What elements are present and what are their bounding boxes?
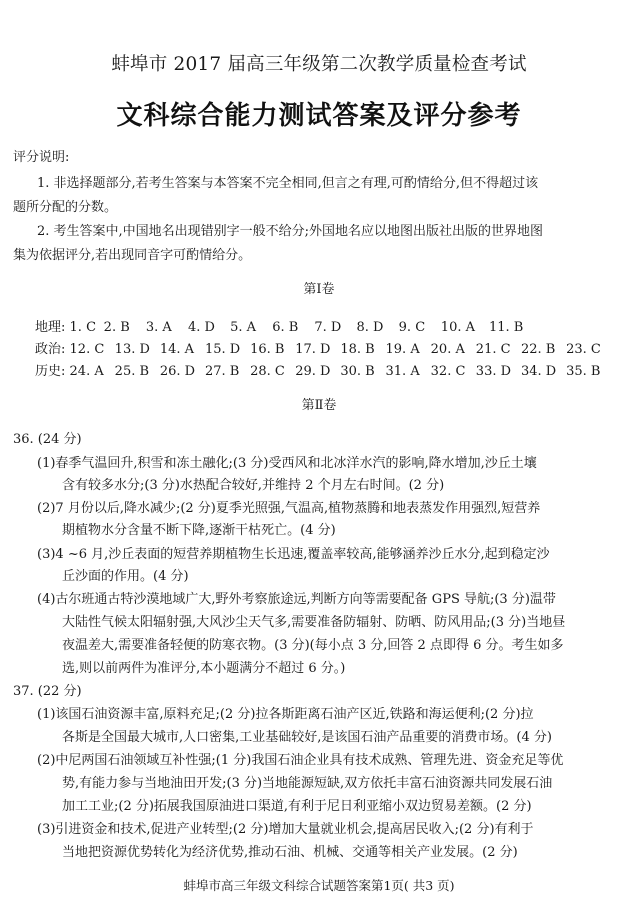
answer-item: 10. A [441, 320, 485, 335]
answer-item: 19. A [386, 342, 427, 357]
answer-line: (2)7 月份以后,降水减少;(2 分)夏季光照强,气温高,植物蒸腾和地表蒸发作… [37, 499, 540, 519]
answer-item: 26. D [160, 364, 201, 379]
part2-heading: 第Ⅱ卷 [0, 396, 638, 416]
answer-item: 15. D [205, 342, 246, 357]
subject-label-politics: 政治: [35, 338, 65, 357]
answer-item: 33. D [476, 364, 517, 379]
subject-label-history: 历史: [35, 360, 65, 379]
answer-line: 选,则以前两件为准评分,本小题满分不超过 6 分。) [62, 659, 345, 679]
answer-item: 7. D [314, 320, 352, 335]
answer-item: 12. C [70, 342, 111, 357]
answer-key-page: 蚌埠市 2017 届高三年级第二次教学质量检查考试 文科综合能力测试答案及评分参… [0, 0, 638, 916]
answer-line: 夜温差大,需要准备轻便的防寒衣物。(3 分)(每小点 3 分,回答 2 点即得 … [62, 636, 564, 656]
answer-item: 34. D [521, 364, 562, 379]
answer-line: (1)该国石油资源丰富,原料充足;(2 分)拉各斯距离石油产区近,铁路和海运便利… [37, 705, 534, 725]
answer-line: (4)古尔班通古特沙漠地域广大,野外考察旅途远,判断方向等需要配备 GPS 导航… [37, 590, 556, 610]
answer-line: (3)4 ~6 月,沙丘表面的短营养期植物生长迅速,覆盖率较高,能够涵养沙丘水分… [37, 545, 550, 565]
answer-line: 期植物水分含量不断下降,逐渐干枯死亡。(4 分) [62, 521, 336, 541]
answer-item: 1. C [70, 320, 100, 335]
answer-item: 8. D [357, 320, 395, 335]
answer-item: 21. C [476, 342, 517, 357]
page-footer: 蚌埠市高三年级文科综合试题答案第1页( 共3 页) [0, 876, 638, 894]
answer-item: 35. B [566, 364, 600, 379]
answer-item: 22. B [521, 342, 562, 357]
part1-heading: 第Ⅰ卷 [0, 280, 638, 300]
answer-item: 6. B [272, 320, 310, 335]
answer-item: 5. A [230, 320, 268, 335]
answer-item: 24. A [70, 364, 111, 379]
answer-row-geography: 地理: 1. C 2. B 3. A 4. D 5. A 6. B 7. D 8… [35, 316, 533, 335]
answer-row-politics: 政治: 12. C 13. D 14. A 15. D 16. B 17. D … [35, 338, 601, 357]
answer-item: 32. C [431, 364, 472, 379]
grading-note-1-line-1: 1. 非选择题部分,若考生答案与本答案不完全相同,但言之有理,可酌情给分,但不得… [37, 174, 538, 194]
question-37-header: 37. (22 分) [13, 682, 82, 702]
answer-line: 当地把资源优势转化为经济优势,推动石油、机械、交通等相关产业发展。(2 分) [62, 843, 518, 863]
answer-item: 17. D [295, 342, 336, 357]
answer-item: 18. B [340, 342, 381, 357]
grading-note-2-line-2: 集为依据评分,若出现同音字可酌情给分。 [13, 246, 251, 266]
answer-line: 含有较多水分;(3 分)水热配合较好,并维持 2 个月左右时间。(2 分) [62, 476, 444, 496]
answer-item: 3. A [146, 320, 184, 335]
answer-item: 11. B [489, 320, 533, 335]
answer-item: 27. B [205, 364, 246, 379]
answer-line: 势,有能力参与当地油田开发;(3 分)当地能源短缺,双方依托丰富石油资源共同发展… [62, 774, 552, 794]
answer-line: 大陆性气候太阳辐射强,大风沙尘天气多,需要准备防辐射、防晒、防风用品;(3 分)… [62, 613, 565, 633]
grading-note-2-line-1: 2. 考生答案中,中国地名出现错别字一般不给分;外国地名应以地图出版社出版的世界… [37, 222, 543, 242]
answer-item: 9. C [399, 320, 437, 335]
answer-item: 2. B [104, 320, 142, 335]
answer-line: 各斯是全国最大城市,人口密集,工业基础较好,是该国石油产品重要的消费市场。(4 … [62, 728, 552, 748]
subject-label-geography: 地理: [35, 316, 65, 335]
grading-notes-heading: 评分说明: [13, 148, 69, 168]
answer-item: 23. C [566, 342, 601, 357]
document-subtitle: 文科综合能力测试答案及评分参考 [0, 95, 638, 132]
answer-line: (1)春季气温回升,积雪和冻土融化;(3 分)受西风和北冰洋水汽的影响,降水增加… [37, 454, 537, 474]
answer-line: (2)中尼两国石油领域互补性强;(1 分)我国石油企业具有技术成熟、管理先进、资… [37, 751, 563, 771]
answer-item: 28. C [250, 364, 291, 379]
answer-item: 25. B [115, 364, 156, 379]
answer-item: 31. A [386, 364, 427, 379]
answer-item: 29. D [295, 364, 336, 379]
answer-item: 4. D [188, 320, 226, 335]
answer-item: 13. D [115, 342, 156, 357]
answer-row-history: 历史: 24. A 25. B 26. D 27. B 28. C 29. D … [35, 360, 600, 379]
grading-note-1-line-2: 题所分配的分数。 [13, 198, 117, 218]
answer-line: (3)引进资金和技术,促进产业转型;(2 分)增加大量就业机会,提高居民收入;(… [37, 820, 534, 840]
answer-item: 30. B [340, 364, 381, 379]
answer-line: 加工工业;(2 分)拓展我国原油进口渠道,有利于尼日利亚缩小双边贸易差额。(2 … [62, 797, 532, 817]
question-36-header: 36. (24 分) [13, 430, 82, 450]
answer-item: 20. A [431, 342, 472, 357]
answer-item: 16. B [250, 342, 291, 357]
answer-line: 丘沙面的作用。(4 分) [62, 567, 189, 587]
answer-item: 14. A [160, 342, 201, 357]
exam-title: 蚌埠市 2017 届高三年级第二次教学质量检查考试 [0, 50, 638, 76]
